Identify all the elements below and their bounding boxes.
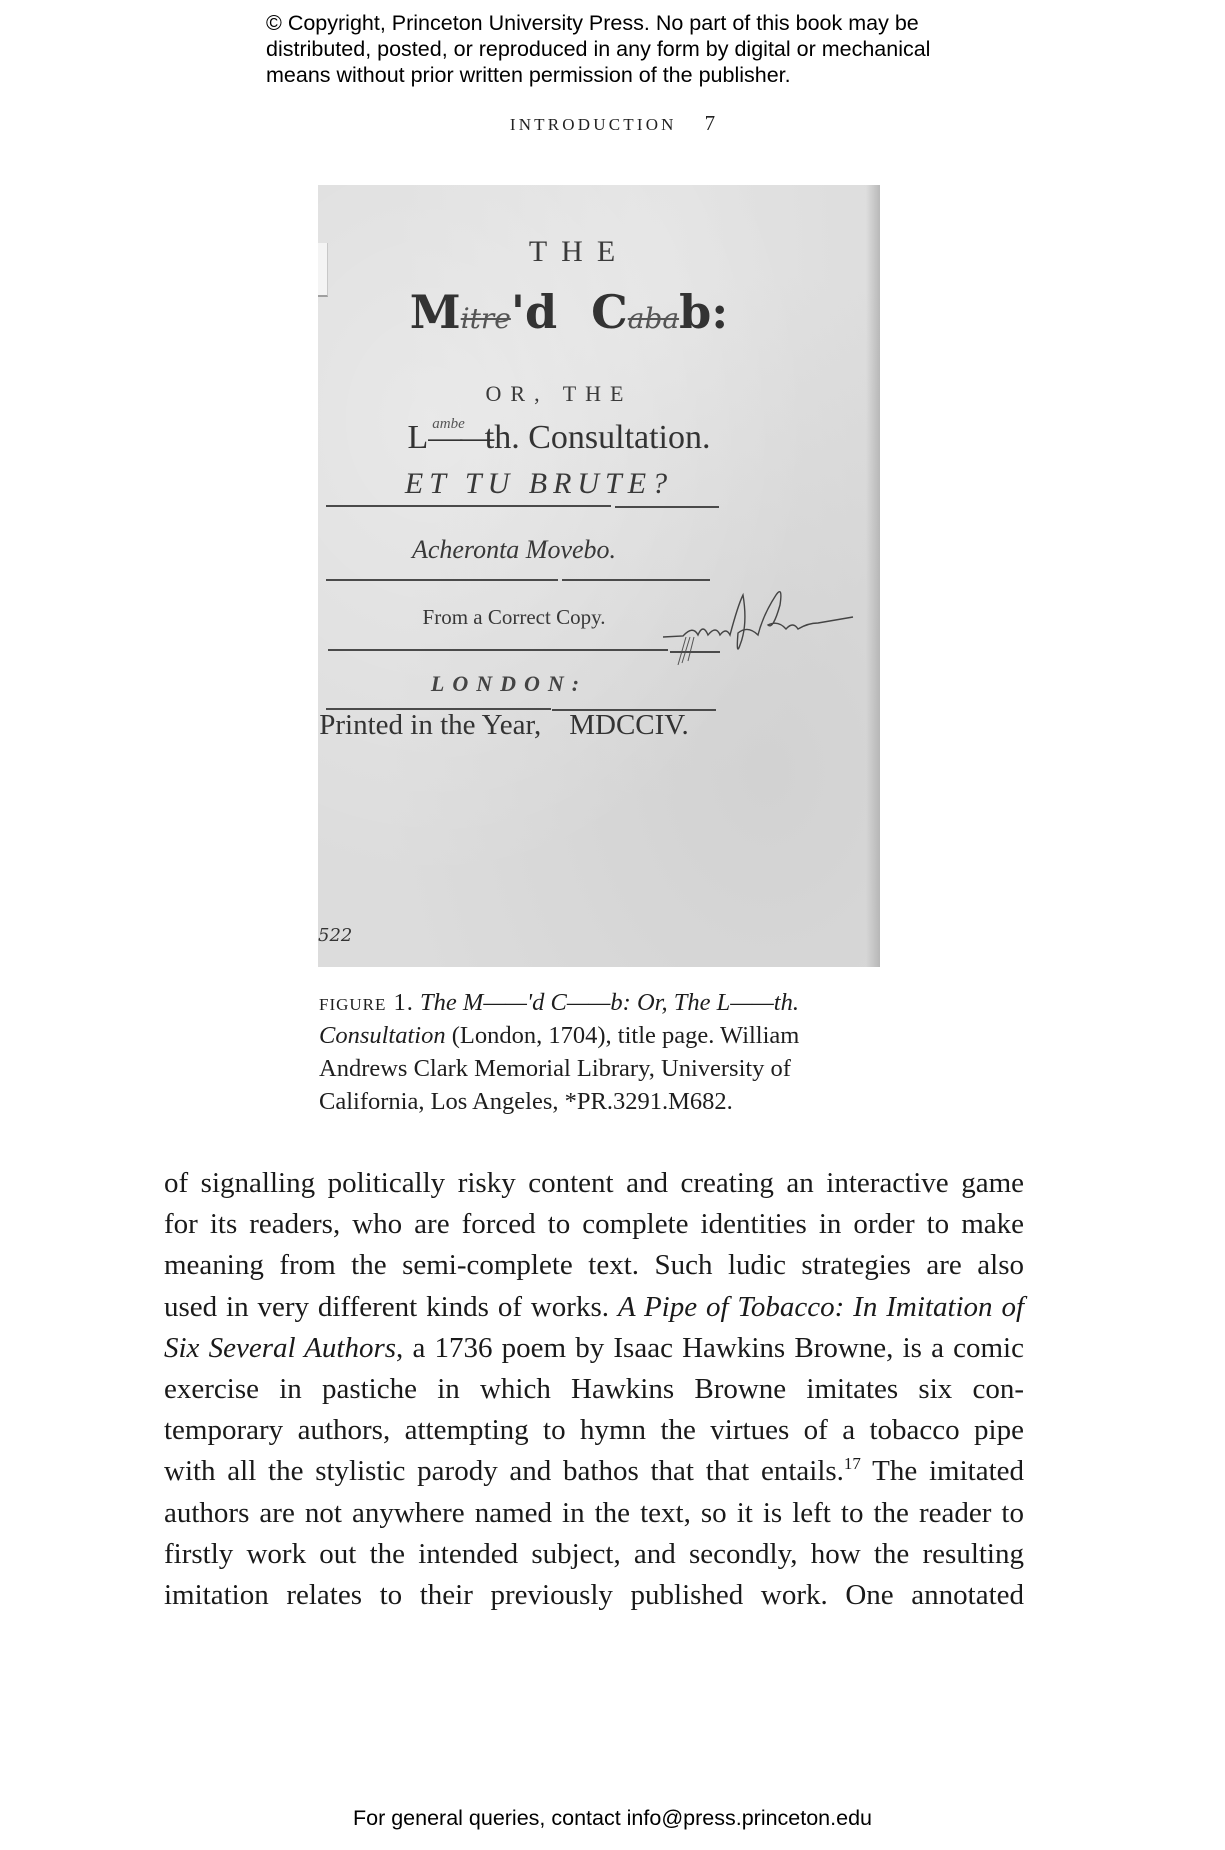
work-title-italic: A Pipe of Tobacco: In Imitation of xyxy=(618,1291,1024,1323)
title-line-london: LONDON: xyxy=(318,671,790,697)
title-line-or-the: OR, THE xyxy=(318,381,840,407)
body-line: imitation relates to their previously pu… xyxy=(164,1575,1024,1616)
caption-title-italic: The M——'d C——b: Or, The L——th. xyxy=(420,989,799,1016)
title-line-printed-in-the-year: Printed in the Year,MDCCIV. xyxy=(318,709,785,742)
rule xyxy=(670,651,720,653)
copyright-line: means without prior written permission o… xyxy=(266,62,986,88)
body-line: for its readers, who are forced to compl… xyxy=(164,1204,1024,1245)
figure-title-page-scan: THE Mitre'd Cabab: OR, THE L——ambeth. Co… xyxy=(318,185,880,967)
title-line-mitred-cabal: Mitre'd Cabab: xyxy=(318,285,850,339)
figure-label: figure 1. xyxy=(319,989,414,1016)
page-number: 7 xyxy=(705,111,716,135)
blackletter-b: b: xyxy=(679,285,728,339)
caption-title-italic: Consultation xyxy=(319,1022,446,1049)
rule xyxy=(562,579,710,581)
footnote-reference-17[interactable]: 17 xyxy=(844,1454,861,1473)
body-line: Six Several Authors, a 1736 poem by Isaa… xyxy=(164,1328,1024,1369)
body-line: authors are not anywhere named in the te… xyxy=(164,1493,1024,1534)
handwritten-ambe: ambe xyxy=(432,416,465,432)
blackletter-d: 'd xyxy=(511,285,557,339)
title-line-lambeth-consultation: L——ambeth. Consultation. xyxy=(318,419,840,457)
svg-text:Supposed by Prior: Supposed by Prior xyxy=(700,634,710,636)
body-line: used in very different kinds of works. A… xyxy=(164,1287,1024,1328)
work-title-italic: Six Several Authors xyxy=(164,1332,396,1364)
caption-line-3: Andrews Clark Memorial Library, Universi… xyxy=(319,1052,879,1085)
body-paragraph: of signalling politically risky content … xyxy=(164,1163,1024,1616)
body-text-run: used in very different kinds of works. xyxy=(164,1291,618,1323)
printed-year: MDCCIV. xyxy=(569,709,689,741)
body-text-run: with all the stylistic parody and bathos… xyxy=(164,1455,844,1487)
body-line: meaning from the semi-complete text. Suc… xyxy=(164,1245,1024,1286)
blackletter-c: C xyxy=(591,285,628,339)
running-head-title: INTRODUCTION xyxy=(510,115,677,134)
lambeth-initial: L xyxy=(407,419,428,456)
rule xyxy=(328,649,668,651)
page-edge-shadow xyxy=(866,185,880,967)
handwritten-shelfmark: 522 xyxy=(318,925,352,946)
caption-line-2: Consultation (London, 1704), title page.… xyxy=(319,1019,879,1052)
title-line-from-a-correct-copy: From a Correct Copy. xyxy=(318,605,795,630)
rule xyxy=(615,506,719,508)
caption-text: (London, 1704), title page. William xyxy=(452,1022,800,1049)
body-text-run: , a 1736 poem by Isaac Hawkins Browne, i… xyxy=(396,1332,1024,1364)
body-line: with all the stylistic parody and bathos… xyxy=(164,1451,1024,1492)
caption-line-4: California, Los Angeles, *PR.3291.M682. xyxy=(319,1085,879,1118)
title-line-acheronta-movebo: Acheronta Movebo. xyxy=(318,535,795,565)
blackletter-m: M xyxy=(410,285,461,339)
printed-prefix: Printed in the Year, xyxy=(319,709,541,741)
body-text-run: The imitated xyxy=(861,1455,1024,1487)
body-line: firstly work out the intended subject, a… xyxy=(164,1534,1024,1575)
copyright-line: © Copyright, Princeton University Press.… xyxy=(266,10,986,36)
rule xyxy=(326,505,611,507)
body-line: exercise in pastiche in which Hawkins Br… xyxy=(164,1369,1024,1410)
handwritten-aba: aba xyxy=(628,302,679,335)
running-head: INTRODUCTION7 xyxy=(0,111,1225,136)
copyright-line: distributed, posted, or reproduced in an… xyxy=(266,36,986,62)
copyright-notice: © Copyright, Princeton University Press.… xyxy=(266,10,986,88)
lambeth-rest: th. Consultation. xyxy=(485,419,711,456)
title-line-et-tu-brute: ET TU BRUTE? xyxy=(318,467,820,501)
caption-line-1: figure 1. The M——'d C——b: Or, The L——th. xyxy=(319,986,879,1019)
rule xyxy=(326,579,558,581)
body-line: temporary authors, attempting to hymn th… xyxy=(164,1410,1024,1451)
figure-caption: figure 1. The M——'d C——b: Or, The L——th.… xyxy=(319,986,879,1118)
title-line-the: THE xyxy=(318,235,860,269)
footer-contact: For general queries, contact info@press.… xyxy=(0,1806,1225,1831)
body-line: of signalling politically risky content … xyxy=(164,1163,1024,1204)
handwritten-itre: itre xyxy=(461,302,511,335)
